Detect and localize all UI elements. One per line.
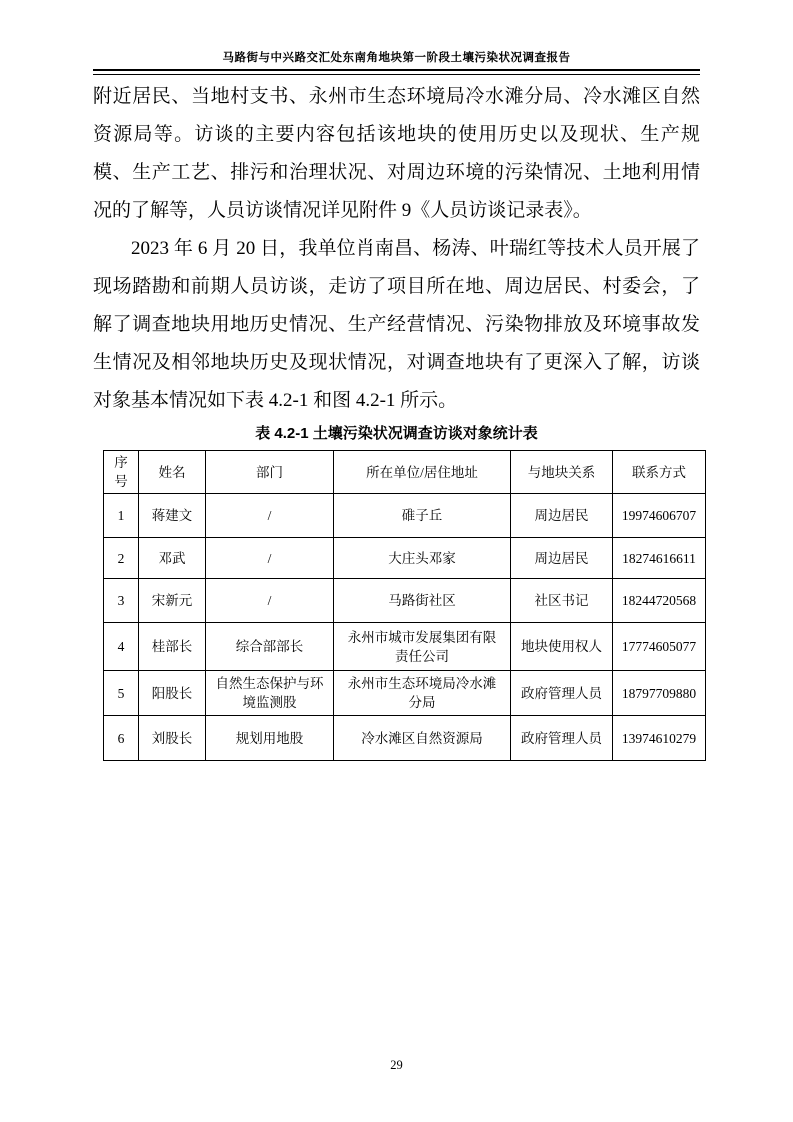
interview-table: 序号 姓名 部门 所在单位/居住地址 与地块关系 联系方式 1 蒋建文 / 碓子…	[103, 450, 706, 761]
cell-dept: /	[206, 494, 334, 538]
cell-relation: 政府管理人员	[511, 671, 613, 716]
header-double-rule	[93, 69, 700, 75]
cell-dept: 综合部部长	[206, 623, 334, 671]
cell-seq: 5	[104, 671, 139, 716]
cell-seq: 4	[104, 623, 139, 671]
cell-name: 邓武	[139, 538, 206, 579]
table-row: 2 邓武 / 大庄头邓家 周边居民 18274616611	[104, 538, 706, 579]
cell-relation: 地块使用权人	[511, 623, 613, 671]
col-header-address: 所在单位/居住地址	[334, 451, 511, 494]
table-header-row: 序号 姓名 部门 所在单位/居住地址 与地块关系 联系方式	[104, 451, 706, 494]
cell-name: 刘股长	[139, 716, 206, 761]
cell-phone: 17774605077	[613, 623, 706, 671]
cell-relation: 周边居民	[511, 538, 613, 579]
page-number: 29	[0, 1057, 793, 1073]
cell-name: 蒋建文	[139, 494, 206, 538]
col-header-name: 姓名	[139, 451, 206, 494]
col-header-seq: 序号	[104, 451, 139, 494]
cell-name: 阳股长	[139, 671, 206, 716]
cell-address: 冷水滩区自然资源局	[334, 716, 511, 761]
cell-seq: 6	[104, 716, 139, 761]
cell-phone: 19974606707	[613, 494, 706, 538]
cell-relation: 社区书记	[511, 579, 613, 623]
cell-seq: 2	[104, 538, 139, 579]
cell-phone: 18244720568	[613, 579, 706, 623]
cell-address: 马路街社区	[334, 579, 511, 623]
table-row: 6 刘股长 规划用地股 冷水滩区自然资源局 政府管理人员 13974610279	[104, 716, 706, 761]
cell-seq: 1	[104, 494, 139, 538]
cell-phone: 13974610279	[613, 716, 706, 761]
table-row: 4 桂部长 综合部部长 永州市城市发展集团有限责任公司 地块使用权人 17774…	[104, 623, 706, 671]
body-text: 附近居民、当地村支书、永州市生态环境局冷水滩分局、冷水滩区自然资源局等。访谈的主…	[93, 78, 700, 420]
cell-dept: /	[206, 538, 334, 579]
col-header-phone: 联系方式	[613, 451, 706, 494]
cell-name: 宋新元	[139, 579, 206, 623]
cell-address: 碓子丘	[334, 494, 511, 538]
cell-address: 大庄头邓家	[334, 538, 511, 579]
cell-seq: 3	[104, 579, 139, 623]
cell-relation: 周边居民	[511, 494, 613, 538]
cell-dept: 规划用地股	[206, 716, 334, 761]
cell-phone: 18274616611	[613, 538, 706, 579]
paragraph: 2023 年 6 月 20 日，我单位肖南昌、杨涛、叶瑞红等技术人员开展了现场踏…	[93, 230, 700, 420]
cell-address: 永州市生态环境局冷水滩分局	[334, 671, 511, 716]
table-title: 表 4.2-1 土壤污染状况调查访谈对象统计表	[93, 424, 700, 444]
col-header-dept: 部门	[206, 451, 334, 494]
cell-relation: 政府管理人员	[511, 716, 613, 761]
cell-name: 桂部长	[139, 623, 206, 671]
document-page: 马路街与中兴路交汇处东南角地块第一阶段土壤污染状况调查报告 附近居民、当地村支书…	[0, 0, 793, 1122]
report-header: 马路街与中兴路交汇处东南角地块第一阶段土壤污染状况调查报告	[93, 51, 700, 75]
paragraph: 附近居民、当地村支书、永州市生态环境局冷水滩分局、冷水滩区自然资源局等。访谈的主…	[93, 78, 700, 230]
col-header-relation: 与地块关系	[511, 451, 613, 494]
table-row: 1 蒋建文 / 碓子丘 周边居民 19974606707	[104, 494, 706, 538]
cell-dept: 自然生态保护与环境监测股	[206, 671, 334, 716]
header-title: 马路街与中兴路交汇处东南角地块第一阶段土壤污染状况调查报告	[93, 51, 700, 65]
cell-phone: 18797709880	[613, 671, 706, 716]
cell-address: 永州市城市发展集团有限责任公司	[334, 623, 511, 671]
table-row: 3 宋新元 / 马路街社区 社区书记 18244720568	[104, 579, 706, 623]
cell-dept: /	[206, 579, 334, 623]
table-row: 5 阳股长 自然生态保护与环境监测股 永州市生态环境局冷水滩分局 政府管理人员 …	[104, 671, 706, 716]
